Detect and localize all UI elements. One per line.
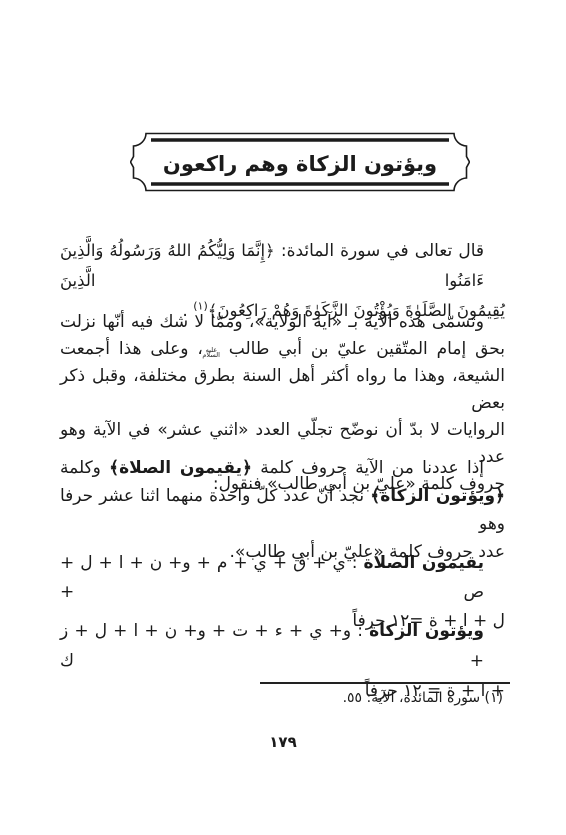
alayhi-salam-honorific: عليه السلام — [203, 348, 220, 359]
body-text: إذا عددنا من الآية حروف كلمة — [252, 458, 484, 478]
sum-label-salat: يقيمون الصلاة — [363, 553, 484, 573]
page-number: ١٧٩ — [0, 733, 566, 751]
body-line: يقيمون الصلاة : ي + ق + ي + م + و+ ن + ا… — [60, 549, 505, 607]
bold-phrase-zakat: ﴿ويؤتون الزكاة﴾ — [370, 486, 505, 506]
body-text: ، وعلى هذا أجمعت — [60, 339, 203, 359]
chapter-title: ويؤتون الزكاة وهم راكعون — [130, 130, 470, 194]
body-line: بحق إمام المتّقين عليّ بن أبي طالب عليه … — [60, 336, 505, 363]
body-line: ويؤتون الزكاة : و+ ي + ء + ت + و+ ن + ا … — [60, 616, 505, 676]
body-line: الشيعة، وهذا ما رواه أكثر أهل السنة بطرق… — [60, 363, 505, 417]
body-line: ﴿ويؤتون الزكاة﴾ نجد أنّ عدد كلّ واحدة من… — [60, 482, 505, 538]
footnote-divider — [260, 682, 510, 684]
verse-line-1: قال تعالى في سورة المائدة: ﴿إِنَّمَا وَل… — [60, 236, 505, 296]
verse-intro: قال تعالى في سورة المائدة: — [275, 241, 484, 261]
body-text: بحق إمام المتّقين عليّ بن أبي طالب — [220, 339, 505, 359]
book-page: ويؤتون الزكاة وهم راكعون قال تعالى في سو… — [0, 0, 566, 835]
body-line: وتسمّى هذه الآية بـ «آية الولاية»، وممّا… — [60, 309, 505, 336]
bold-phrase-salat: ﴿يقيمون الصلاة﴾ — [109, 458, 252, 478]
body-text: وكلمة — [60, 458, 109, 478]
chapter-title-box: ويؤتون الزكاة وهم راكعون — [130, 130, 470, 194]
footnote-text: (١) سورة المائدة، الآية: ٥٥. — [343, 690, 503, 706]
sum-label-zakat: ويؤتون الزكاة — [369, 621, 484, 641]
body-line: إذا عددنا من الآية حروف كلمة ﴿يقيمون الص… — [60, 454, 505, 482]
